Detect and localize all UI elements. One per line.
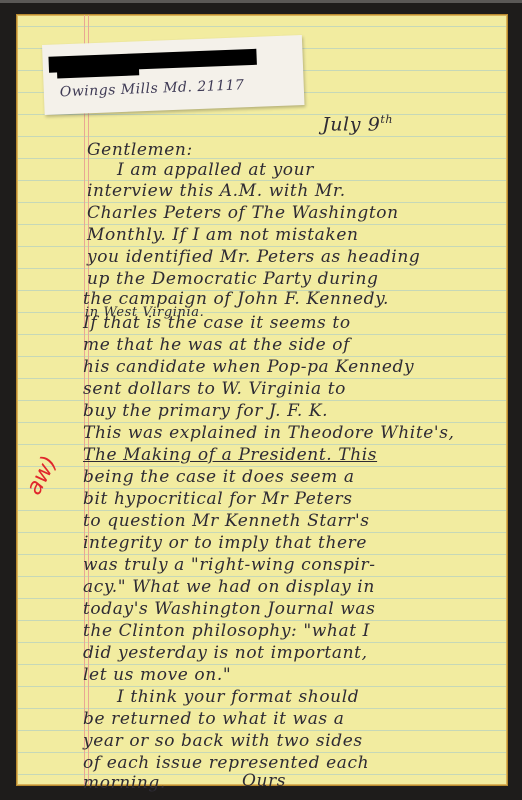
letter-line: year or so back with two sides — [83, 731, 363, 751]
salutation: Gentlemen: — [87, 140, 193, 160]
letter-line: up the Democratic Party during — [87, 269, 379, 289]
letter-line: acy." What we had on display in — [83, 577, 375, 597]
letter-line: of each issue represented each — [83, 753, 369, 773]
letter-line: I think your format should — [117, 687, 359, 707]
letter-line: to question Mr Kenneth Starr's — [83, 511, 370, 531]
letter-line: Charles Peters of The Washington — [87, 203, 399, 223]
scanner-frame-edge — [0, 0, 522, 3]
letter-line: did yesterday is not important, — [83, 643, 368, 663]
letter-line: If that is the case it seems to — [83, 313, 351, 333]
letter-line: be returned to what it was a — [83, 709, 345, 729]
letter-line: the Clinton philosophy: "what I — [83, 621, 370, 641]
letter-closing: Ours — [242, 771, 286, 791]
address-label: Owings Mills Md. 21117 — [42, 35, 304, 115]
letter-line: was truly a "right-wing conspir- — [83, 555, 376, 575]
letter-line: morning. — [83, 773, 166, 793]
letter-line: his candidate when Pop-pa Kennedy — [83, 357, 414, 377]
letter-line: sent dollars to W. Virginia to — [83, 379, 346, 399]
letter-line: me that he was at the side of — [83, 335, 350, 355]
letter-line-book-title: The Making of a President. This — [83, 445, 377, 465]
letter-line: integrity or to imply that there — [83, 533, 367, 553]
address-city-line: Owings Mills Md. 21117 — [60, 77, 245, 100]
letter-line: today's Washington Journal was — [83, 599, 375, 619]
letter-line: you identified Mr. Peters as heading — [87, 247, 420, 267]
letter-line: Monthly. If I am not mistaken — [87, 225, 359, 245]
redaction-bar — [48, 49, 256, 73]
letter-line: bit hypocritical for Mr Peters — [83, 489, 353, 509]
letter-line: interview this A.M. with Mr. — [87, 181, 346, 201]
letter-line: being the case it does seem a — [83, 467, 355, 487]
letter-date: July 9th — [322, 113, 393, 135]
letter-line: let us move on." — [83, 665, 231, 685]
letter-line: buy the primary for J. F. K. — [83, 401, 328, 421]
letter-line: This was explained in Theodore White's, — [83, 423, 455, 443]
legal-pad-page: Owings Mills Md. 21117 July 9th Gentleme… — [17, 15, 507, 785]
letter-line: I am appalled at your — [117, 160, 314, 180]
